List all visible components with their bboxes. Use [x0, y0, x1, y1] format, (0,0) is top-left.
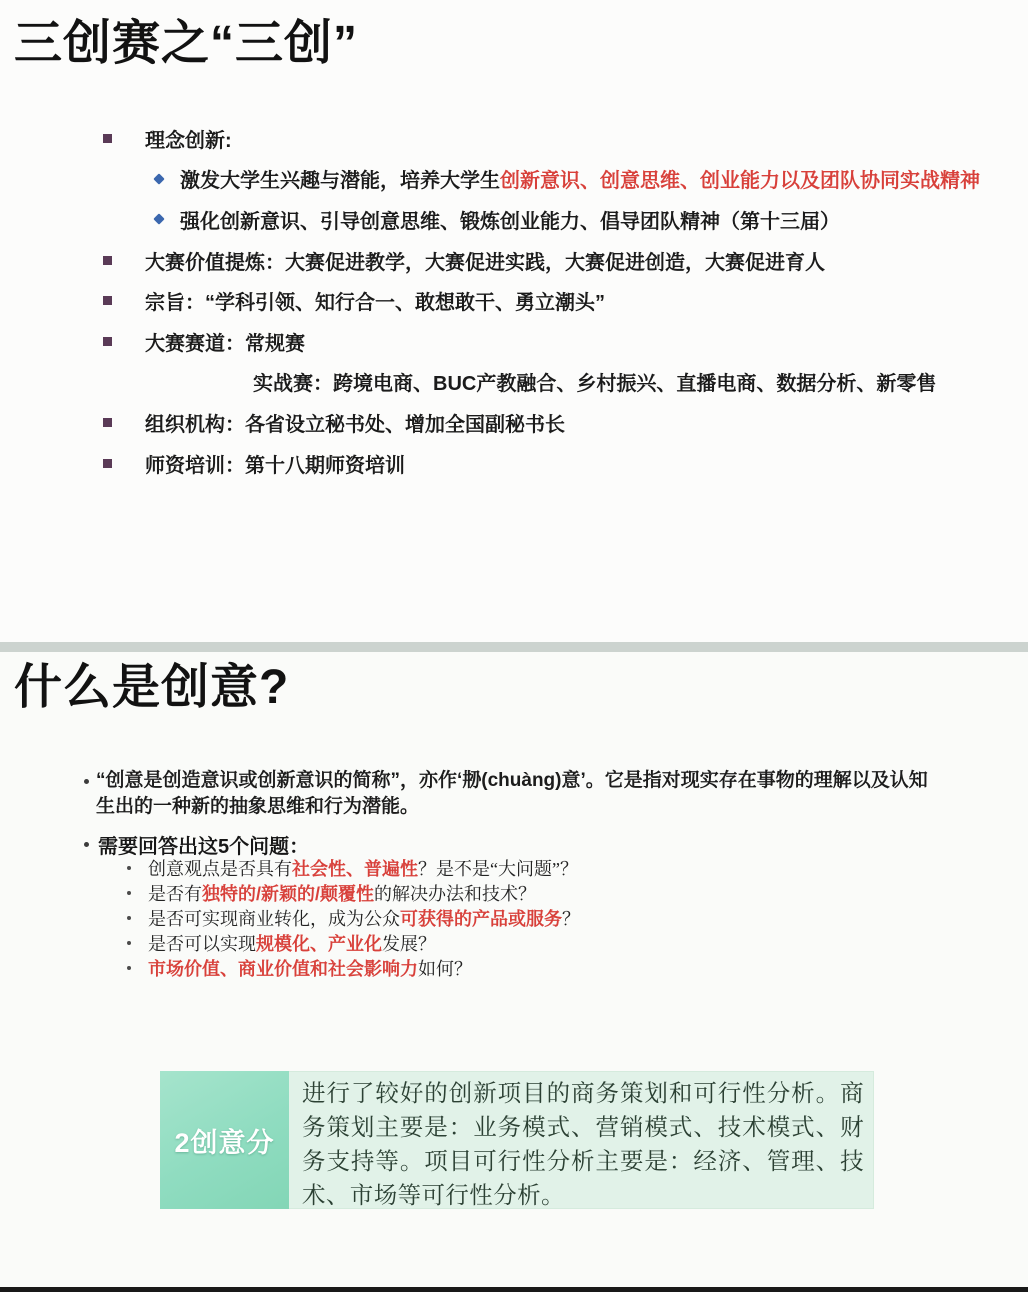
slide1-list-item: 宗旨：“学科引领、知行合一、敢想敢干、勇立潮头”	[0, 280, 1028, 321]
text-segment: 实战赛：跨境电商、BUC产教融合、乡村振兴、直播电商、数据分析、新零售	[253, 367, 936, 396]
text-segment: 宗旨：“学科引领、知行合一、敢想敢干、勇立潮头”	[145, 286, 605, 315]
square-bullet-icon	[103, 256, 112, 265]
highlighted-text-segment: 社会性、普遍性	[292, 855, 418, 881]
text-segment: 激发大学生兴趣与潜能，培养大学生	[180, 164, 500, 193]
highlighted-text-segment: 可获得的产品或服务	[400, 905, 562, 931]
slide-1: 三创赛之“三创” 理念创新:激发大学生兴趣与潜能，培养大学生创新意识、创意思维、…	[0, 0, 1028, 642]
square-bullet-icon	[103, 418, 112, 427]
slide1-list-item: 大赛价值提炼：大赛促进教学，大赛促进实践，大赛促进创造，大赛促进育人	[0, 240, 1028, 281]
dot-bullet-icon	[127, 916, 131, 920]
text-segment: 如何？	[418, 955, 472, 981]
square-bullet-icon	[103, 296, 112, 305]
slide1-list-item: 师资培训：第十八期师资培训	[0, 443, 1028, 484]
question-item: 是否可实现商业转化，成为公众可获得的产品或服务？	[0, 905, 1028, 930]
dot-bullet-icon	[127, 866, 131, 870]
text-segment: 发展？	[382, 930, 436, 956]
text-segment: 大赛赛道：常规赛	[145, 327, 305, 356]
dot-bullet-icon	[127, 941, 131, 945]
text-segment: 创意观点是否具有	[148, 855, 292, 881]
dot-bullet-icon	[127, 891, 131, 895]
text-segment: ？	[562, 905, 580, 931]
slide1-title: 三创赛之“三创”	[14, 16, 358, 71]
question-item: 是否有独特的/新颖的/颠覆性的解决办法和技术？	[0, 880, 1028, 905]
slide1-list-item: 强化创新意识、引导创意思维、锻炼创业能力、倡导团队精神（第十三届）	[0, 199, 1028, 240]
text-segment: 强化创新意识、引导创意思维、锻炼创业能力、倡导团队精神（第十三届）	[180, 205, 840, 234]
text-segment: ？是不是“大问题”？	[418, 855, 578, 881]
highlighted-text-segment: 独特的/新颖的/颠覆性	[202, 880, 374, 906]
definition-line1: “创意是创造意识或创新意识的简称”，亦作‘刱(chuàng)意’。它是指对现实存…	[96, 768, 928, 794]
question-item: 创意观点是否具有社会性、普遍性？是不是“大问题”？	[0, 855, 1028, 880]
questions-list: 创意观点是否具有社会性、普遍性？是不是“大问题”？是否有独特的/新颖的/颠覆性的…	[0, 855, 1028, 981]
question-item: 是否可以实现规模化、产业化发展？	[0, 931, 1028, 956]
diamond-bullet-icon	[153, 214, 164, 225]
highlighted-text-segment: 市场价值、商业价值和社会影响力	[148, 955, 418, 981]
slide1-list-item: 激发大学生兴趣与潜能，培养大学生创新意识、创意思维、创业能力以及团队协同实战精神	[0, 159, 1028, 200]
definition-line2: 生出的一种新的抽象思维和行为潜能。	[96, 794, 928, 820]
question-item: 市场价值、商业价值和社会影响力如何？	[0, 956, 1028, 981]
score-description: 进行了较好的创新项目的商务策划和可行性分析。商务策划主要是：业务模式、营销模式、…	[289, 1071, 874, 1209]
text-segment: 是否可实现商业转化，成为公众	[148, 905, 400, 931]
highlighted-text-segment: 规模化、产业化	[256, 930, 382, 956]
slide1-list-item: 理念创新:	[0, 118, 1028, 159]
square-bullet-icon	[103, 134, 112, 143]
square-bullet-icon	[103, 459, 112, 468]
text-segment: 师资培训：第十八期师资培训	[145, 449, 405, 478]
score-label: 2创意分	[160, 1071, 289, 1209]
text-segment: 的解决办法和技术？	[374, 880, 536, 906]
dot-bullet-icon	[127, 966, 131, 970]
score-box: 2创意分 进行了较好的创新项目的商务策划和可行性分析。商务策划主要是：业务模式、…	[160, 1071, 874, 1209]
diamond-bullet-icon	[153, 173, 164, 184]
slide-divider	[0, 642, 1028, 652]
slide1-list-item: 大赛赛道：常规赛	[0, 321, 1028, 362]
text-segment: 组织机构：各省设立秘书处、增加全国副秘书长	[145, 408, 565, 437]
slide1-list-item: 组织机构：各省设立秘书处、增加全国副秘书长	[0, 402, 1028, 443]
square-bullet-icon	[103, 337, 112, 346]
slide1-list-item: 实战赛：跨境电商、BUC产教融合、乡村振兴、直播电商、数据分析、新零售	[0, 362, 1028, 403]
dot-bullet-icon	[84, 842, 89, 847]
text-segment: 理念创新:	[145, 124, 232, 153]
definition-text: “创意是创造意识或创新意识的简称”，亦作‘刱(chuàng)意’。它是指对现实存…	[96, 768, 928, 820]
page: 三创赛之“三创” 理念创新:激发大学生兴趣与潜能，培养大学生创新意识、创意思维、…	[0, 0, 1028, 1292]
highlighted-text-segment: 创新意识、创意思维、创业能力以及团队协同实战精神	[500, 164, 980, 193]
text-segment: 大赛价值提炼：大赛促进教学，大赛促进实践，大赛促进创造，大赛促进育人	[145, 246, 825, 275]
dot-bullet-icon	[84, 779, 89, 784]
slide-2: 什么是创意? “创意是创造意识或创新意识的简称”，亦作‘刱(chuàng)意’。…	[0, 652, 1028, 1287]
text-segment: 是否有	[148, 880, 202, 906]
bottom-bar	[0, 1287, 1028, 1292]
text-segment: 是否可以实现	[148, 930, 256, 956]
definition-paragraph: “创意是创造意识或创新意识的简称”，亦作‘刱(chuàng)意’。它是指对现实存…	[84, 768, 1028, 820]
slide2-title: 什么是创意?	[14, 660, 289, 715]
slide1-bullet-list: 理念创新:激发大学生兴趣与潜能，培养大学生创新意识、创意思维、创业能力以及团队协…	[0, 118, 1028, 483]
